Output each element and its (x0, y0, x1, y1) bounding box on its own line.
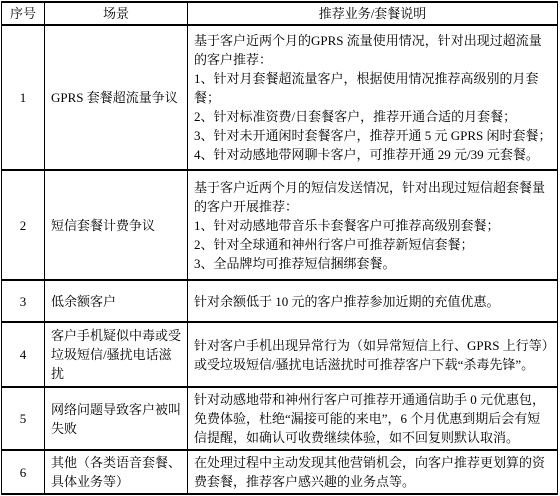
table-row: 6 其他（各类语音套餐、具体业务等） 在处理过程中主动发现其他营销机会，向客户推… (2, 450, 558, 494)
table-row: 3 低余额客户 针对余额低于 10 元的客户推荐参加近期的充值优惠。 (2, 280, 558, 322)
scene-cell: 低余额客户 (45, 280, 188, 322)
description-cell: 针对余额低于 10 元的客户推荐参加近期的充值优惠。 (188, 280, 558, 322)
description-cell: 针对动感地带和神州行客户可推荐开通通信助手 0 元优惠包，免费体验，杜绝“漏接可… (188, 387, 558, 450)
scene-cell: 客户手机疑似中毒或受垃圾短信/骚扰电话滋扰 (45, 322, 188, 387)
column-header-scene: 场景 (45, 2, 188, 25)
column-header-desc: 推荐业务/套餐说明 (188, 2, 558, 25)
scene-cell: 短信套餐计费争议 (45, 170, 188, 280)
scene-cell: GPRS 套餐超流量争议 (45, 25, 188, 170)
row-number: 2 (2, 170, 45, 280)
column-header-num: 序号 (2, 2, 45, 25)
description-cell: 针对客户手机出现异常行为（如异常短信上行、GPRS 上行等）或受垃圾短信/骚扰电… (188, 322, 558, 387)
scene-cell: 网络问题导致客户被叫失败 (45, 387, 188, 450)
description-cell: 基于客户近两个月的短信发送情况，针对出现过短信超套餐量的客户开展推荐： 1、针对… (188, 170, 558, 280)
description-cell: 基于客户近两个月的GPRS 流量使用情况，针对出现过超流量的客户推荐： 1、针对… (188, 25, 558, 170)
row-number: 1 (2, 25, 45, 170)
row-number: 3 (2, 280, 45, 322)
table-row: 4 客户手机疑似中毒或受垃圾短信/骚扰电话滋扰 针对客户手机出现异常行为（如异常… (2, 322, 558, 387)
scene-cell: 其他（各类语音套餐、具体业务等） (45, 450, 188, 494)
table-row: 2 短信套餐计费争议 基于客户近两个月的短信发送情况，针对出现过短信超套餐量的客… (2, 170, 558, 280)
table-row: 1 GPRS 套餐超流量争议 基于客户近两个月的GPRS 流量使用情况，针对出现… (2, 25, 558, 170)
row-number: 6 (2, 450, 45, 494)
recommendation-table: 序号 场景 推荐业务/套餐说明 1 GPRS 套餐超流量争议 基于客户近两个月的… (1, 1, 558, 495)
row-number: 4 (2, 322, 45, 387)
table-row: 5 网络问题导致客户被叫失败 针对动感地带和神州行客户可推荐开通通信助手 0 元… (2, 387, 558, 450)
header-row: 序号 场景 推荐业务/套餐说明 (2, 2, 558, 25)
row-number: 5 (2, 387, 45, 450)
description-cell: 在处理过程中主动发现其他营销机会，向客户推荐更划算的资费套餐，推荐客户感兴趣的业… (188, 450, 558, 494)
